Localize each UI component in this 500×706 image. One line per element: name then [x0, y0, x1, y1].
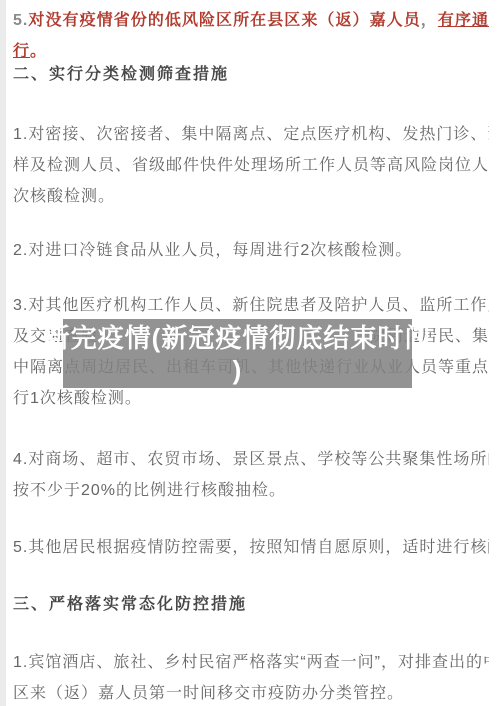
watermark-title-line-1: 新完疫情(新冠疫情彻底结束时间 — [44, 322, 432, 354]
paragraph-6-line-2: 区来（返）嘉人员第一时间移交市疫防办分类管控。 — [13, 678, 489, 706]
article-body: 5.对没有疫情省份的低风险区所在县区来（返）嘉人员，有序通行。 二、实行分类检测… — [0, 0, 500, 706]
paragraph-1-line-2: 样及检测人员、省级邮件快件处理场所工作人员等高风险岗位人员，每隔1天开展1 — [13, 150, 489, 181]
notice-number: 5. — [13, 12, 28, 29]
paragraph-5-line-1: 5.其他居民根据疫情防控需要，按照知情自愿原则，适时进行核酸检测。 — [13, 532, 489, 563]
paragraph-2-line-1: 2.对进口冷链食品从业人员，每周进行2次核酸检测。 — [13, 235, 489, 266]
paragraph-2: 2.对进口冷链食品从业人员，每周进行2次核酸检测。 — [13, 235, 489, 266]
watermark-title-overlay: 新完疫情(新冠疫情彻底结束时间 ) — [63, 319, 412, 388]
paragraph-1: 1.对密接、次密接者、集中隔离点、定点医疗机构、发热门诊、预检分诊、核酸采 样及… — [13, 119, 489, 212]
paragraph-4: 4.对商场、超市、农贸市场、景区景点、学校等公共聚集性场所的从业人员，每周 按不… — [13, 444, 489, 506]
paragraph-3-line-1: 3.对其他医疗机构工作人员、新住院患者及陪护人员、监所工作人员、“两站一场” — [13, 290, 489, 321]
section-heading-2: 二、实行分类检测筛查措施 — [13, 59, 489, 90]
notice-period: 。 — [30, 43, 47, 60]
paragraph-5: 5.其他居民根据疫情防控需要，按照知情自愿原则，适时进行核酸检测。 — [13, 532, 489, 563]
notice-main-text: 对没有疫情省份的低风险区所在县区来（返）嘉人员 — [28, 12, 420, 29]
paragraph-6-line-1: 1.宾馆酒店、旅社、乡村民宿严格落实“两查一问”，对排查出的中高风险区所在县 — [13, 647, 489, 678]
paragraph-4-line-2: 按不少于20%的比例进行核酸抽检。 — [13, 475, 489, 506]
paragraph-6: 1.宾馆酒店、旅社、乡村民宿严格落实“两查一问”，对排查出的中高风险区所在县 区… — [13, 647, 489, 706]
watermark-title-line-2: ) — [233, 354, 243, 386]
notice-comma: ， — [421, 12, 438, 29]
paragraph-1-line-1: 1.对密接、次密接者、集中隔离点、定点医疗机构、发热门诊、预检分诊、核酸采 — [13, 119, 489, 150]
section-heading-3: 三、严格落实常态化防控措施 — [13, 589, 489, 620]
red-notice-line: 5.对没有疫情省份的低风险区所在县区来（返）嘉人员，有序通行。 — [13, 5, 489, 67]
paragraph-1-line-3: 次核酸检测。 — [13, 181, 489, 212]
paragraph-4-line-1: 4.对商场、超市、农贸市场、景区景点、学校等公共聚集性场所的从业人员，每周 — [13, 444, 489, 475]
